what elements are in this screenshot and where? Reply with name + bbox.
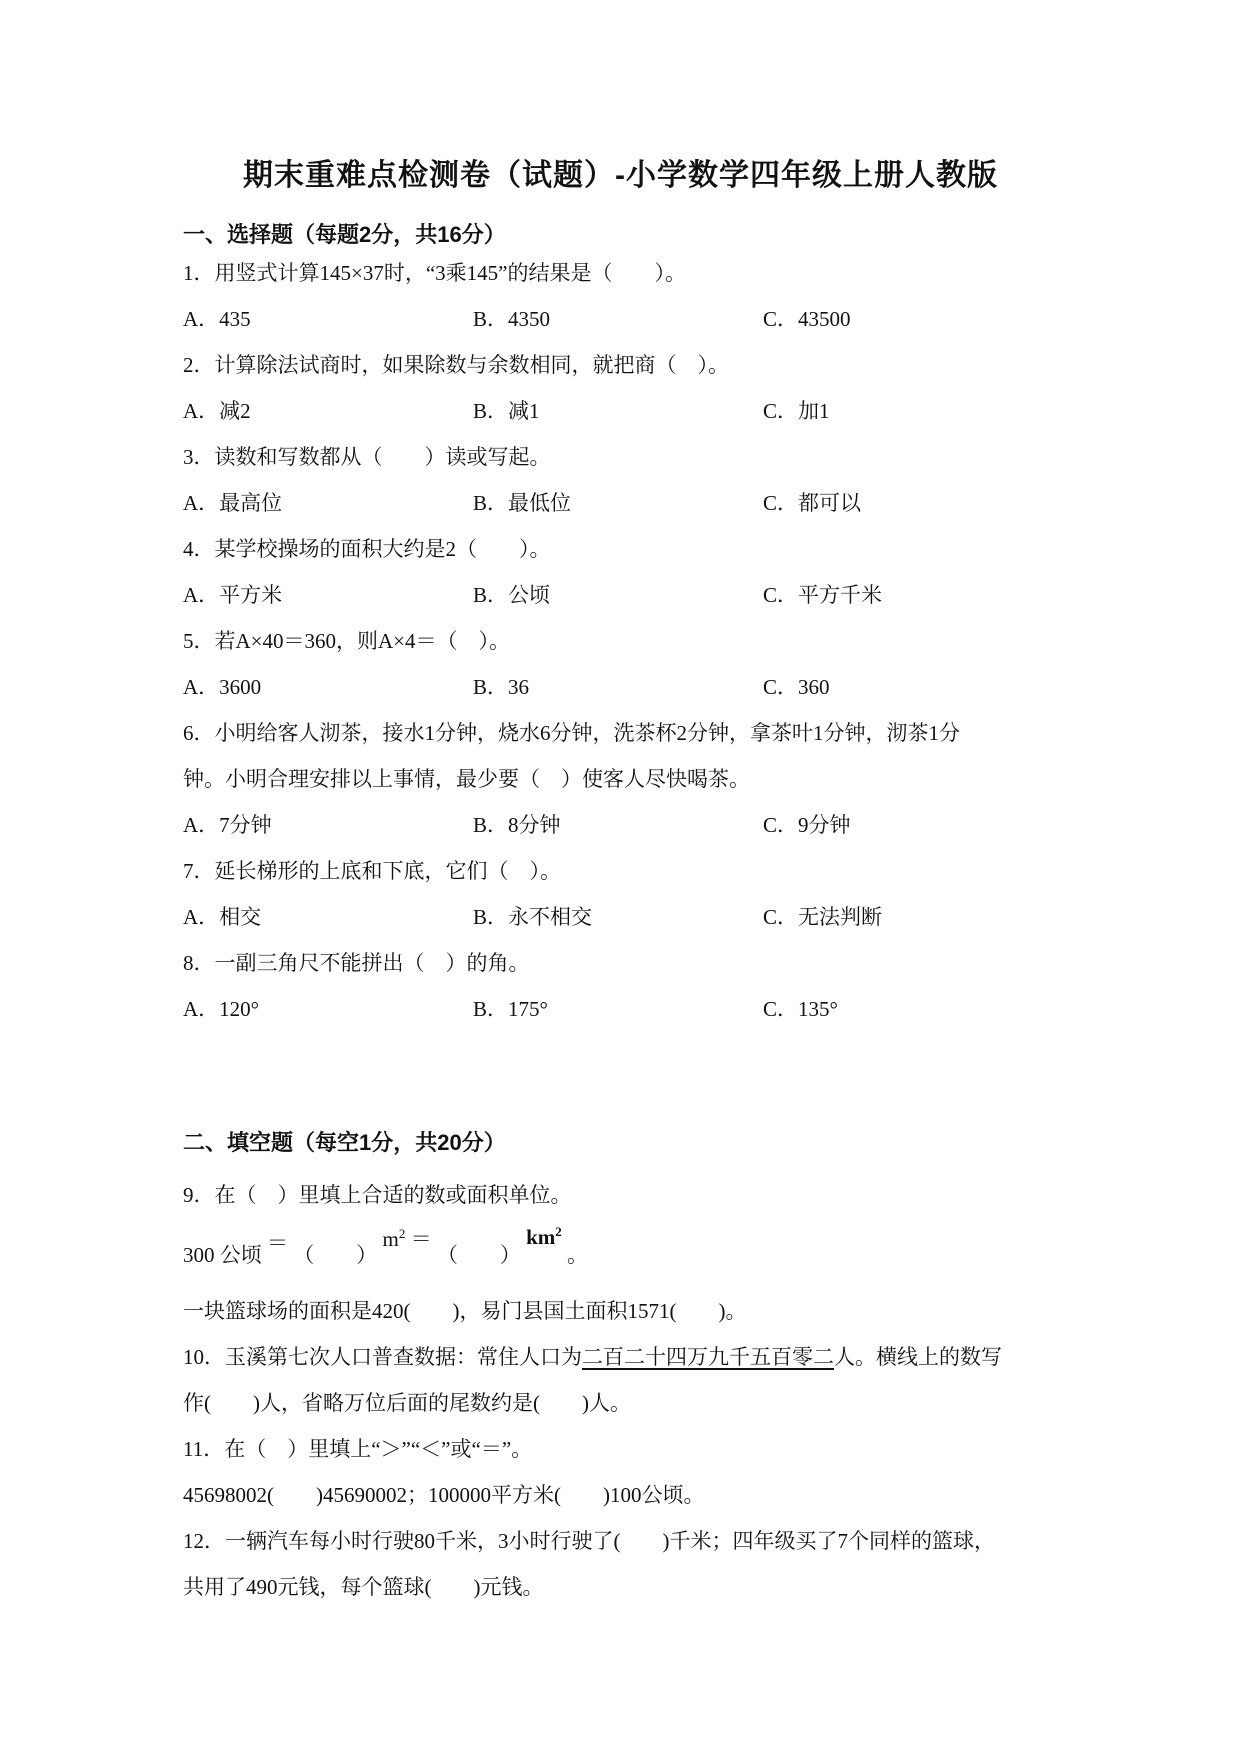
question-6-text-line-1: 6．小明给客人沏茶，接水1分钟，烧水6分钟，洗茶杯2分钟，拿茶叶1分钟，沏茶1分 <box>183 710 1081 756</box>
question-5-text: 5．若A×40＝360，则A×4＝（ ）。 <box>183 618 1081 664</box>
question-3-option-b: B．最低位 <box>473 480 763 526</box>
question-6-options: A．7分钟 B．8分钟 C．9分钟 <box>183 802 1081 848</box>
formula-blank-1: （ ） <box>293 1243 377 1267</box>
question-1-text: 1．用竖式计算145×37时，“3乘145”的结果是（ ）。 <box>183 250 1081 296</box>
question-9-formula: 300 公顷 ＝ （ ） m2 ＝ （ ） km2 。 <box>183 1218 1081 1282</box>
formula-equals-1: ＝ <box>267 1211 288 1275</box>
question-7-text: 7．延长梯形的上底和下底，它们（ ）。 <box>183 848 1081 894</box>
question-11-text: 11．在（ ）里填上“＞”“＜”或“＝”。 <box>183 1426 1081 1472</box>
formula-blank-2: （ ） <box>437 1243 521 1267</box>
question-2-option-c: C．加1 <box>763 388 1081 434</box>
question-3-options: A．最高位 B．最低位 C．都可以 <box>183 480 1081 526</box>
page-title: 期末重难点检测卷（试题）-小学数学四年级上册人教版 <box>0 0 1241 194</box>
question-1-option-b: B．4350 <box>473 296 763 342</box>
question-11-comparisons: 45698002( )45690002；100000平方米( )100公顷。 <box>183 1472 1081 1518</box>
question-5-option-b: B．36 <box>473 664 763 710</box>
question-10-text-line-2: 作( )人，省略万位后面的尾数约是( )人。 <box>183 1380 1081 1426</box>
question-9-line-3: 一块篮球场的面积是420( )，易门县国土面积1571( )。 <box>183 1288 1081 1334</box>
section-2-heading: 二、填空题（每空1分，共20分） <box>183 1128 1081 1158</box>
question-3-option-a: A．最高位 <box>183 480 473 526</box>
question-7-option-c: C．无法判断 <box>763 894 1081 940</box>
question-7-option-b: B．永不相交 <box>473 894 763 940</box>
question-12-text-line-2: 共用了490元钱，每个篮球( )元钱。 <box>183 1564 1081 1610</box>
question-6-option-a: A．7分钟 <box>183 802 473 848</box>
formula-base: 300 公顷 <box>183 1243 262 1267</box>
formula-period: 。 <box>567 1243 588 1267</box>
question-9-text: 9．在（ ）里填上合适的数或面积单位。 <box>183 1172 1081 1218</box>
unit-km: km <box>526 1225 555 1249</box>
question-5-option-a: A．3600 <box>183 664 473 710</box>
question-10-tail: 人。横线上的数写 <box>834 1345 1002 1369</box>
question-2-option-a: A．减2 <box>183 388 473 434</box>
question-10-lead: 10．玉溪第七次人口普查数据：常住人口为 <box>183 1345 582 1369</box>
question-4-options: A．平方米 B．公顷 C．平方千米 <box>183 572 1081 618</box>
question-5-option-c: C．360 <box>763 664 1081 710</box>
question-2-text: 2．计算除法试商时，如果除数与余数相同，就把商（ ）。 <box>183 342 1081 388</box>
question-4-text: 4．某学校操场的面积大约是2（ ）。 <box>183 526 1081 572</box>
question-8-options: A．120° B．175° C．135° <box>183 986 1081 1032</box>
page-body: 一、选择题（每题2分，共16分） 1．用竖式计算145×37时，“3乘145”的… <box>183 220 1081 1610</box>
question-1-option-a: A．435 <box>183 296 473 342</box>
question-4-option-a: A．平方米 <box>183 572 473 618</box>
unit-m-exponent: 2 <box>399 1226 406 1241</box>
question-8-option-b: B．175° <box>473 986 763 1032</box>
question-6-text-line-2: 钟。小明合理安排以上事情，最少要（ ）使客人尽快喝茶。 <box>183 756 1081 802</box>
question-8-option-a: A．120° <box>183 986 473 1032</box>
question-10-underlined-number: 二百二十四万九千五百零二 <box>582 1345 834 1369</box>
question-12-text-line-1: 12．一辆汽车每小时行驶80千米，3小时行驶了( )千米；四年级买了7个同样的篮… <box>183 1518 1081 1564</box>
formula-unit-square-kilometer: km2 <box>526 1200 562 1269</box>
section-1-heading: 一、选择题（每题2分，共16分） <box>183 220 1081 250</box>
question-8-text: 8．一副三角尺不能拼出（ ）的角。 <box>183 940 1081 986</box>
question-2-options: A．减2 B．减1 C．加1 <box>183 388 1081 434</box>
question-10-text-line-1: 10．玉溪第七次人口普查数据：常住人口为二百二十四万九千五百零二人。横线上的数写 <box>183 1334 1081 1380</box>
question-1-option-c: C．43500 <box>763 296 1081 342</box>
exam-paper-page: 期末重难点检测卷（试题）-小学数学四年级上册人教版 一、选择题（每题2分，共16… <box>0 0 1241 1754</box>
question-2-option-b: B．减1 <box>473 388 763 434</box>
question-4-option-c: C．平方千米 <box>763 572 1081 618</box>
question-6-option-c: C．9分钟 <box>763 802 1081 848</box>
formula-equals-2: ＝ <box>411 1227 432 1251</box>
formula-unit-square-meter: m2 ＝ <box>383 1202 432 1271</box>
question-4-option-b: B．公顷 <box>473 572 763 618</box>
question-7-options: A．相交 B．永不相交 C．无法判断 <box>183 894 1081 940</box>
question-5-options: A．3600 B．36 C．360 <box>183 664 1081 710</box>
question-3-text: 3．读数和写数都从（ ）读或写起。 <box>183 434 1081 480</box>
question-1-options: A．435 B．4350 C．43500 <box>183 296 1081 342</box>
unit-km-exponent: 2 <box>555 1224 562 1239</box>
question-7-option-a: A．相交 <box>183 894 473 940</box>
unit-m: m <box>383 1227 399 1251</box>
question-8-option-c: C．135° <box>763 986 1081 1032</box>
question-6-option-b: B．8分钟 <box>473 802 763 848</box>
question-3-option-c: C．都可以 <box>763 480 1081 526</box>
